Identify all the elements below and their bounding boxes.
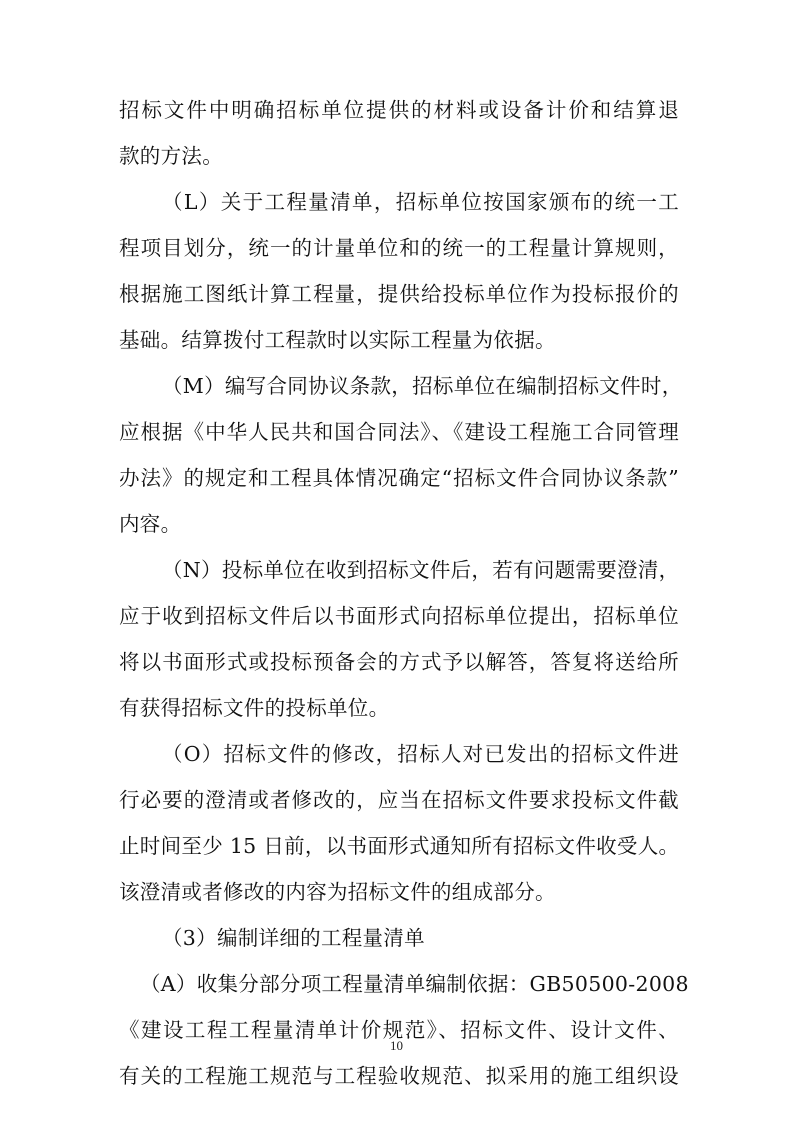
text-line: 有获得招标文件的投标单位。 <box>119 694 679 722</box>
text-line: 应根据《中华人民共和国合同法》、《建设工程施工合同管理 <box>119 418 679 446</box>
text-line: 止时间至少 15 日前，以书面形式通知所有招标文件收受人。 <box>119 832 679 860</box>
text-line: 该澄清或者修改的内容为招标文件的组成部分。 <box>119 878 679 906</box>
paragraph-O-start: （O）招标文件的修改，招标人对已发出的招标文件进 <box>162 740 679 768</box>
paragraph-M-start: （M）编写合同协议条款，招标单位在编制招标文件时， <box>162 372 679 400</box>
text-line: 行必要的澄清或者修改的，应当在招标文件要求投标文件截 <box>119 786 679 814</box>
text-line: 程项目划分，统一的计量单位和的统一的工程量计算规则， <box>119 234 679 262</box>
text-line: 款的方法。 <box>119 142 679 170</box>
paragraph-N-start: （N）投标单位在收到招标文件后，若有问题需要澄清， <box>162 556 679 584</box>
section-heading-3: （3）编制详细的工程量清单 <box>162 924 679 952</box>
page-number: 10 <box>0 1038 793 1054</box>
text-line: 将以书面形式或投标预备会的方式予以解答，答复将送给所 <box>119 648 679 676</box>
paragraph-A-start: （A）收集分部分项工程量清单编制依据：GB50500-2008 <box>140 970 679 998</box>
document-page: 招标文件中明确招标单位提供的材料或设备计价和结算退 款的方法。 （L）关于工程量… <box>0 0 793 1122</box>
text-line: 办法》的规定和工程具体情况确定“招标文件合同协议条款” <box>119 464 679 492</box>
text-line: 有关的工程施工规范与工程验收规范、拟采用的施工组织设 <box>119 1062 679 1090</box>
text-line: 根据施工图纸计算工程量，提供给投标单位作为投标报价的 <box>119 280 679 308</box>
paragraph-L-start: （L）关于工程量清单，招标单位按国家颁布的统一工 <box>162 188 679 216</box>
text-line: 内容。 <box>119 510 679 538</box>
text-line: 基础。结算拨付工程款时以实际工程量为依据。 <box>119 326 679 354</box>
text-line: 应于收到招标文件后以书面形式向招标单位提出，招标单位 <box>119 602 679 630</box>
text-line: 招标文件中明确招标单位提供的材料或设备计价和结算退 <box>119 96 679 124</box>
